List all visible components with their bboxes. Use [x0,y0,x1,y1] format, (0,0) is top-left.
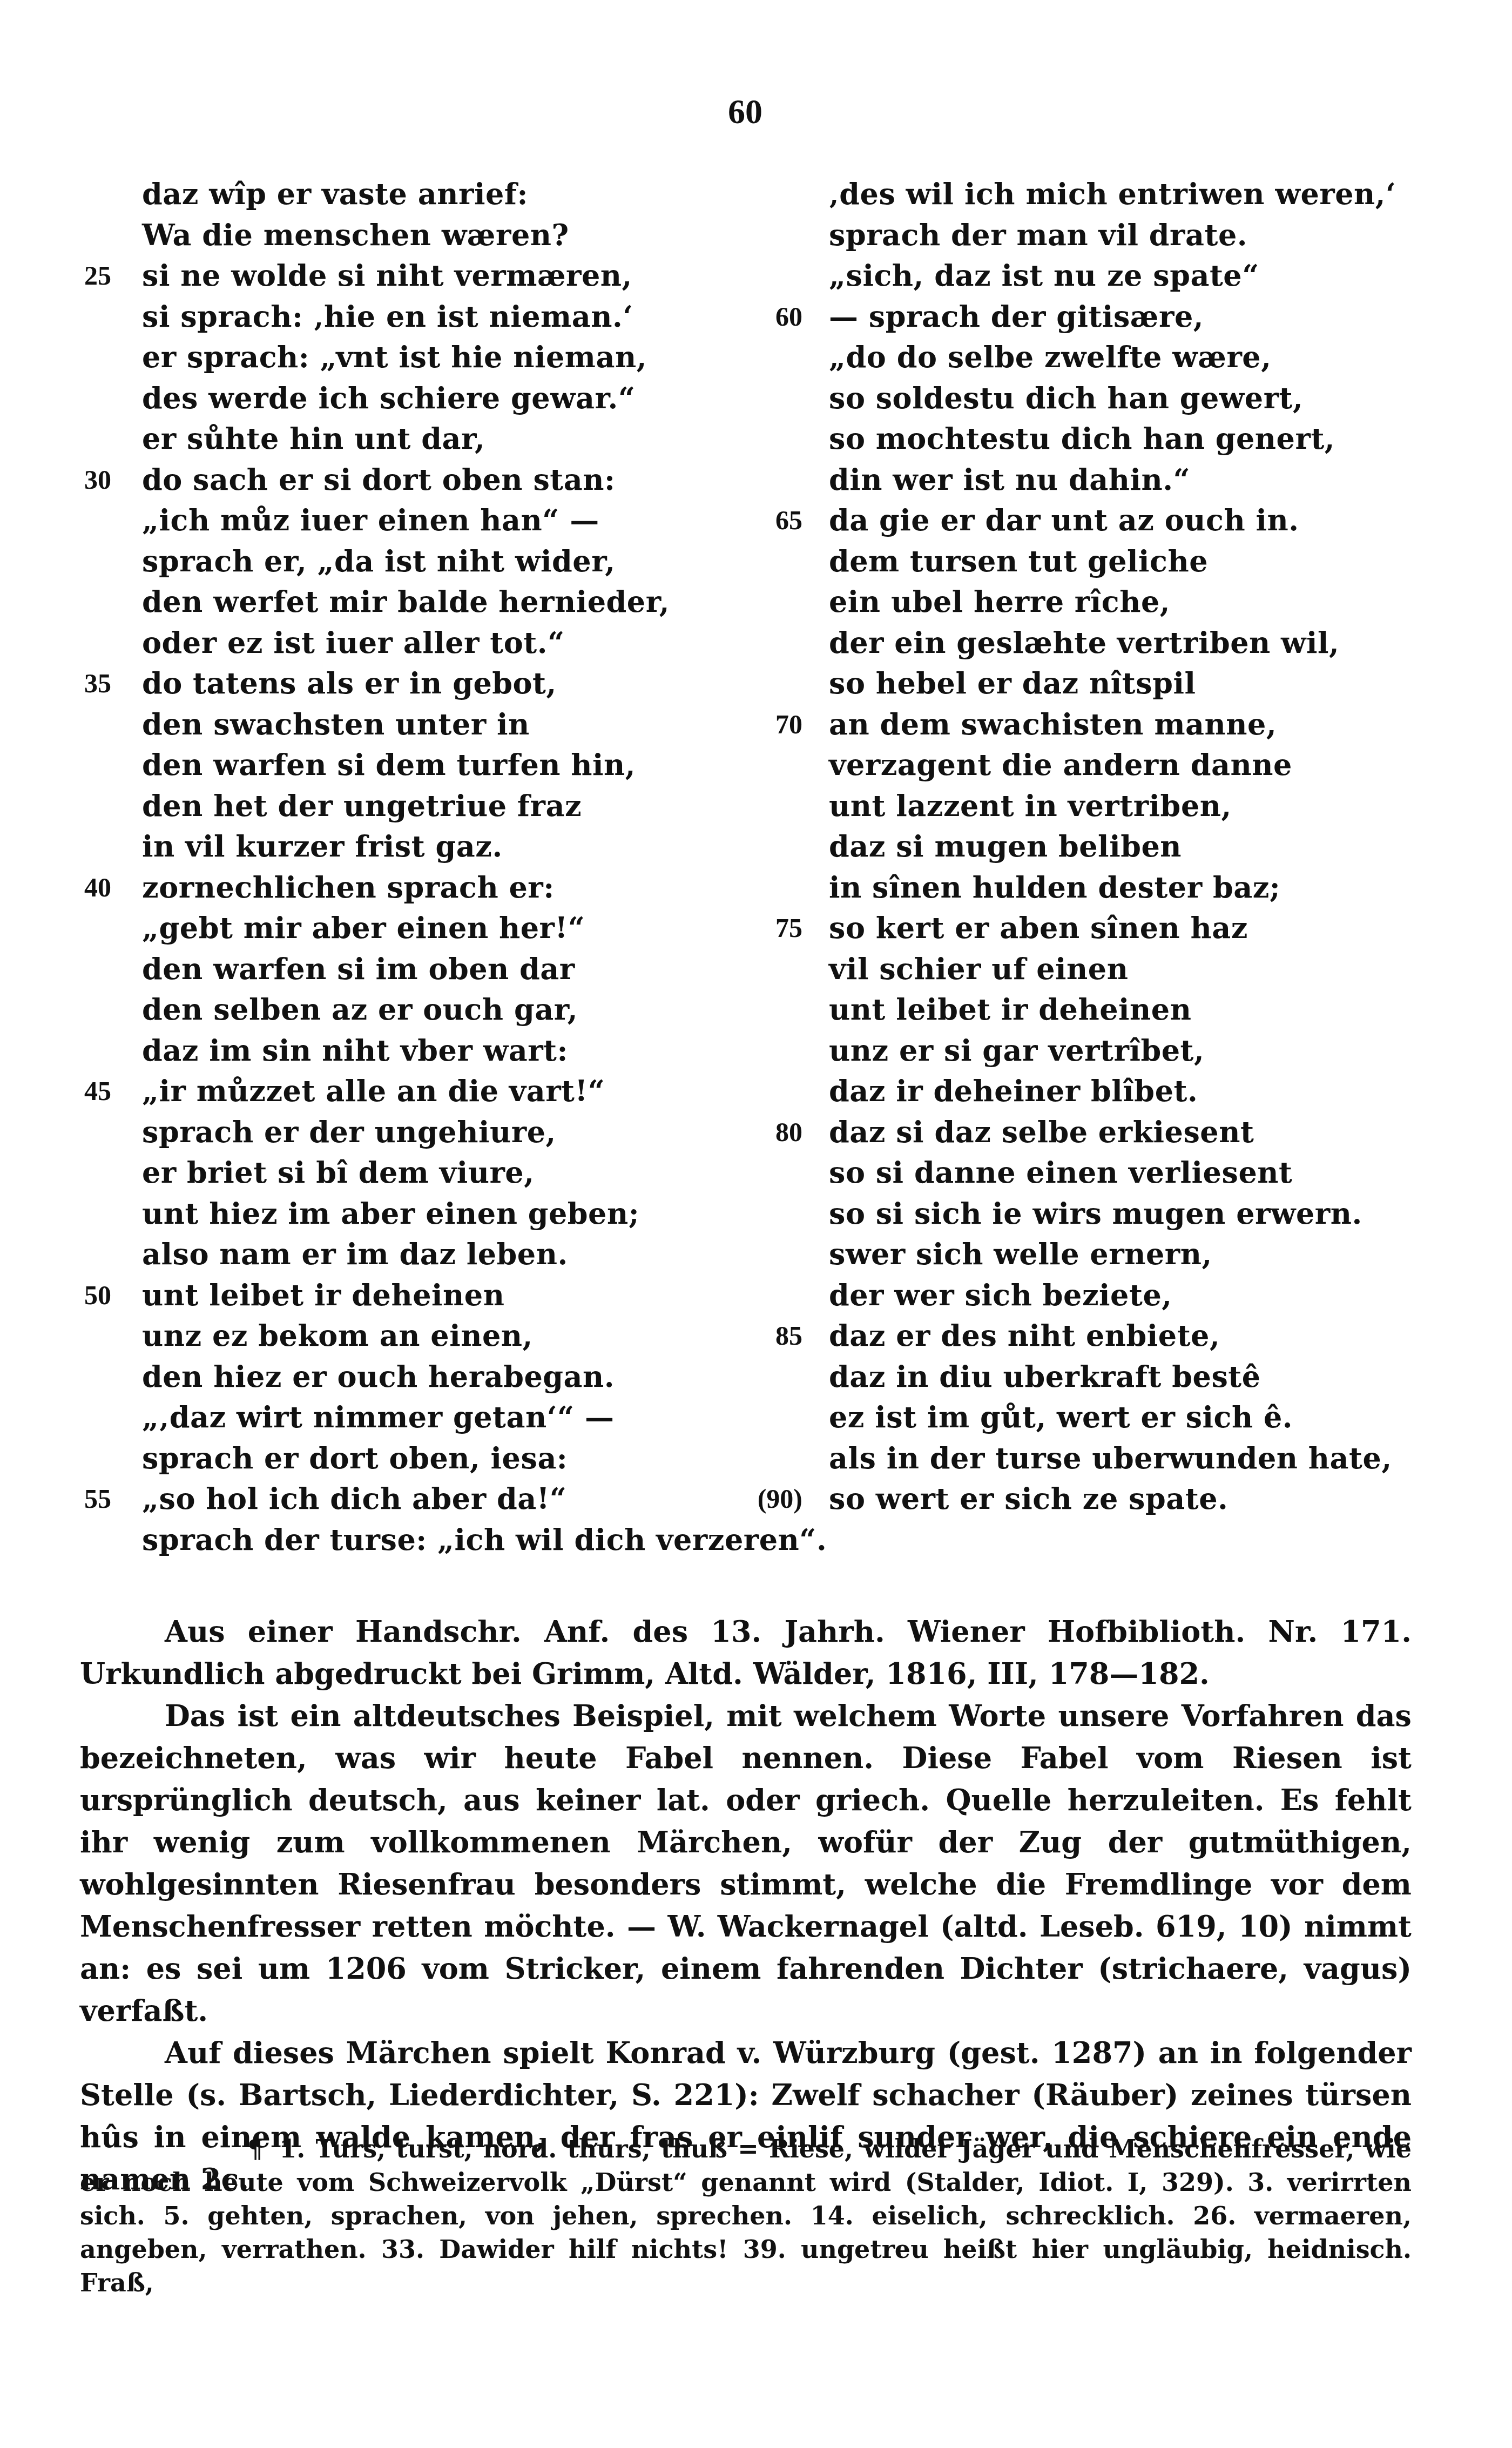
verse-line: unt lazzent in vertriben, [756,786,1458,827]
verse-line: als in der turse uberwunden hate, [756,1438,1458,1479]
commentary-paragraph-source: Aus einer Handschr. Anf. des 13. Jahrh. … [80,1610,1412,1695]
verse-line: des werde ich schiere gewar.“ [65,378,745,419]
verse-line: „ich můz iuer einen han“ — [65,500,745,541]
verse-line: sprach der turse: „ich wil dich verzeren… [65,1520,745,1561]
verse-line: 80daz si daz selbe erkiesent [756,1112,1458,1153]
verse-line: den werfet mir balde hernieder, [65,582,745,623]
verse-text: „ich můz iuer einen han“ — [142,500,599,541]
verse-text: vil schier uf einen [829,949,1128,990]
verse-line: der wer sich beziete, [756,1275,1458,1316]
verse-text: „‚daz wirt nimmer getan‘“ — [142,1397,614,1438]
verse-text: si ne wolde si niht vermæren, [142,255,632,296]
line-number: 50 [65,1275,111,1316]
verse-line: 25si ne wolde si niht vermæren, [65,255,745,296]
verse-text: sprach er, „da ist niht wider, [142,541,616,582]
verse-line: sprach er, „da ist niht wider, [65,541,745,582]
line-number: 25 [65,255,111,296]
verse-text: daz im sin niht vber wart: [142,1030,568,1071]
verse-text: daz in diu uberkraft bestê [829,1357,1261,1398]
verse-text: den warfen si dem turfen hin, [142,745,636,786]
verse-line: 70an dem swachisten manne, [756,704,1458,745]
verse-line: der ein geslæhte vertriben wil, [756,623,1458,664]
verse-column-right: ‚des wil ich mich entriwen weren,‘sprach… [756,174,1458,1520]
verse-text: si sprach: ‚hie en ist nieman.‘ [142,296,633,338]
verse-line: din wer ist nu dahin.“ [756,460,1458,501]
verse-text: der wer sich beziete, [829,1275,1172,1316]
verse-text: den hiez er ouch herabegan. [142,1357,615,1398]
verse-text: „so hol ich dich aber da!“ [142,1479,566,1520]
verse-line: unt hiez im aber einen geben; [65,1193,745,1235]
verse-line: in sînen hulden dester baz; [756,867,1458,908]
verse-text: in sînen hulden dester baz; [829,867,1280,908]
line-number: 65 [756,500,802,541]
footnote-text: 1. Turs, turst, nord. thurs, thuß = Ries… [80,2134,1412,2297]
verse-text: sprach er der ungehiure, [142,1112,556,1153]
verse-text: daz wîp er vaste anrief: [142,174,528,215]
verse-text: den werfet mir balde hernieder, [142,582,670,623]
verse-text: „gebt mir aber einen her!“ [142,908,585,949]
line-number: 35 [65,663,111,704]
line-number: 75 [756,908,802,949]
verse-column-left: daz wîp er vaste anrief:Wa die menschen … [65,174,745,1560]
verse-text: do tatens als er in gebot, [142,663,557,704]
verse-text: da gie er dar unt az ouch in. [829,500,1299,541]
footnotes: ¶1. Turs, turst, nord. thurs, thuß = Rie… [80,2132,1412,2299]
verse-line: daz ir deheiner blîbet. [756,1071,1458,1112]
verse-text: unt leibet ir deheinen [142,1275,504,1316]
verse-line: „do do selbe zwelfte wære, [756,337,1458,378]
verse-text: zornechlichen sprach er: [142,867,555,908]
verse-text: — sprach der gitisære, [829,296,1204,338]
line-number: 60 [756,296,802,338]
verse-line: sprach der man vil drate. [756,215,1458,256]
verse-text: unt lazzent in vertriben, [829,786,1232,827]
verse-line: si sprach: ‚hie en ist nieman.‘ [65,296,745,338]
verse-text: daz si daz selbe erkiesent [829,1112,1254,1153]
verse-text: so si danne einen verliesent [829,1152,1292,1193]
verse-line: ‚des wil ich mich entriwen weren,‘ [756,174,1458,215]
verse-line: sprach er der ungehiure, [65,1112,745,1153]
verse-line: 50unt leibet ir deheinen [65,1275,745,1316]
verse-line: 40zornechlichen sprach er: [65,867,745,908]
verse-line: unz er si gar vertrîbet, [756,1030,1458,1071]
verse-line: verzagent die andern danne [756,745,1458,786]
verse-line: er sprach: „vnt ist hie nieman, [65,337,745,378]
verse-text: also nam er im daz leben. [142,1234,568,1275]
verse-line: 85daz er des niht enbiete, [756,1316,1458,1357]
verse-text: den swachsten unter in [142,704,530,745]
verse-text: als in der turse uberwunden hate, [829,1438,1392,1479]
verse-line: 65da gie er dar unt az ouch in. [756,500,1458,541]
verse-text: er sůhte hin unt dar, [142,419,485,460]
verse-text: unz er si gar vertrîbet, [829,1030,1204,1071]
verse-line: er sůhte hin unt dar, [65,419,745,460]
verse-line: unt leibet ir deheinen [756,989,1458,1030]
verse-line: den warfen si dem turfen hin, [65,745,745,786]
verse-line: daz in diu uberkraft bestê [756,1357,1458,1398]
verse-line: „‚daz wirt nimmer getan‘“ — [65,1397,745,1438]
verse-line: so si sich ie wirs mugen erwern. [756,1193,1458,1235]
verse-line: 55„so hol ich dich aber da!“ [65,1479,745,1520]
page-number: 60 [713,93,778,131]
verse-text: in vil kurzer frist gaz. [142,826,503,867]
verse-text: verzagent die andern danne [829,745,1292,786]
line-number: 85 [756,1316,802,1357]
verse-text: unz ez bekom an einen, [142,1316,533,1357]
verse-text: den het der ungetriue fraz [142,786,582,827]
verse-text: Wa die menschen wæren? [142,215,569,256]
verse-line: den swachsten unter in [65,704,745,745]
verse-text: er briet si bî dem viure, [142,1152,535,1193]
verse-line: so hebel er daz nîtspil [756,663,1458,704]
verse-line: er briet si bî dem viure, [65,1152,745,1193]
verse-text: der ein geslæhte vertriben wil, [829,623,1339,664]
verse-line: 35do tatens als er in gebot, [65,663,745,704]
verse-text: so kert er aben sînen haz [829,908,1248,949]
verse-line: Wa die menschen wæren? [65,215,745,256]
verse-text: „sich, daz ist nu ze spate“ [829,255,1259,296]
verse-line: in vil kurzer frist gaz. [65,826,745,867]
pilcrow-icon: ¶ [164,2132,263,2166]
verse-text: daz si mugen beliben [829,826,1182,867]
verse-text: dem tursen tut geliche [829,541,1208,582]
verse-line: daz wîp er vaste anrief: [65,174,745,215]
verse-text: ein ubel herre rîche, [829,582,1170,623]
verse-text: sprach der turse: „ich wil dich verzeren… [142,1520,827,1561]
verse-line: den het der ungetriue fraz [65,786,745,827]
verse-line: daz im sin niht vber wart: [65,1030,745,1071]
verse-text: daz er des niht enbiete, [829,1316,1220,1357]
verse-text: so hebel er daz nîtspil [829,663,1196,704]
commentary-paragraph-fable: Das ist ein altdeutsches Beispiel, mit w… [80,1695,1412,2032]
verse-line: dem tursen tut geliche [756,541,1458,582]
verse-text: oder ez ist iuer aller tot.“ [142,623,565,664]
verse-text: an dem swachisten manne, [829,704,1277,745]
verse-text: unt hiez im aber einen geben; [142,1193,639,1235]
verse-text: „ir můzzet alle an die vart!“ [142,1071,605,1112]
verse-text: so si sich ie wirs mugen erwern. [829,1193,1362,1235]
verse-text: den selben az er ouch gar, [142,989,578,1030]
verse-text: swer sich welle ernern, [829,1234,1212,1275]
verse-text: des werde ich schiere gewar.“ [142,378,635,419]
line-number: 30 [65,460,111,501]
verse-line: 75so kert er aben sînen haz [756,908,1458,949]
verse-line: ein ubel herre rîche, [756,582,1458,623]
verse-text: „do do selbe zwelfte wære, [829,337,1272,378]
line-number: 80 [756,1112,802,1153]
verse-text: din wer ist nu dahin.“ [829,460,1190,501]
verse-line: 30do sach er si dort oben stan: [65,460,745,501]
verse-line: unz ez bekom an einen, [65,1316,745,1357]
verse-line: swer sich welle ernern, [756,1234,1458,1275]
verse-line: vil schier uf einen [756,949,1458,990]
commentary: Aus einer Handschr. Anf. des 13. Jahrh. … [80,1610,1412,2200]
verse-text: so soldestu dich han gewert, [829,378,1303,419]
verse-text: unt leibet ir deheinen [829,989,1191,1030]
verse-line: „gebt mir aber einen her!“ [65,908,745,949]
verse-line: so si danne einen verliesent [756,1152,1458,1193]
verse-line: den selben az er ouch gar, [65,989,745,1030]
verse-text: sprach der man vil drate. [829,215,1247,256]
verse-line: so soldestu dich han gewert, [756,378,1458,419]
footnote-block: ¶1. Turs, turst, nord. thurs, thuß = Rie… [80,2132,1412,2299]
verse-line: ez ist im gůt, wert er sich ê. [756,1397,1458,1438]
verse-text: den warfen si im oben dar [142,949,575,990]
verse-text: sprach er dort oben, iesa: [142,1438,568,1479]
verse-line: (90)so wert er sich ze spate. [756,1479,1458,1520]
verse-line: den hiez er ouch herabegan. [65,1357,745,1398]
line-number: 55 [65,1479,111,1520]
verse-line: sprach er dort oben, iesa: [65,1438,745,1479]
verse-text: do sach er si dort oben stan: [142,460,615,501]
verse-line: den warfen si im oben dar [65,949,745,990]
verse-text: ‚des wil ich mich entriwen weren,‘ [829,174,1396,215]
verse-text: so wert er sich ze spate. [829,1479,1228,1520]
verse-line: 60— sprach der gitisære, [756,296,1458,338]
line-number: 45 [65,1071,111,1112]
line-number: (90) [756,1479,802,1520]
verse-text: er sprach: „vnt ist hie nieman, [142,337,647,378]
verse-text: so mochtestu dich han genert, [829,419,1335,460]
line-number: 70 [756,704,802,745]
verse-line: oder ez ist iuer aller tot.“ [65,623,745,664]
verse-line: also nam er im daz leben. [65,1234,745,1275]
verse-line: 45„ir můzzet alle an die vart!“ [65,1071,745,1112]
verse-line: „sich, daz ist nu ze spate“ [756,255,1458,296]
verse-text: ez ist im gůt, wert er sich ê. [829,1397,1293,1438]
verse-line: daz si mugen beliben [756,826,1458,867]
verse-text: daz ir deheiner blîbet. [829,1071,1198,1112]
verse-line: so mochtestu dich han genert, [756,419,1458,460]
line-number: 40 [65,867,111,908]
